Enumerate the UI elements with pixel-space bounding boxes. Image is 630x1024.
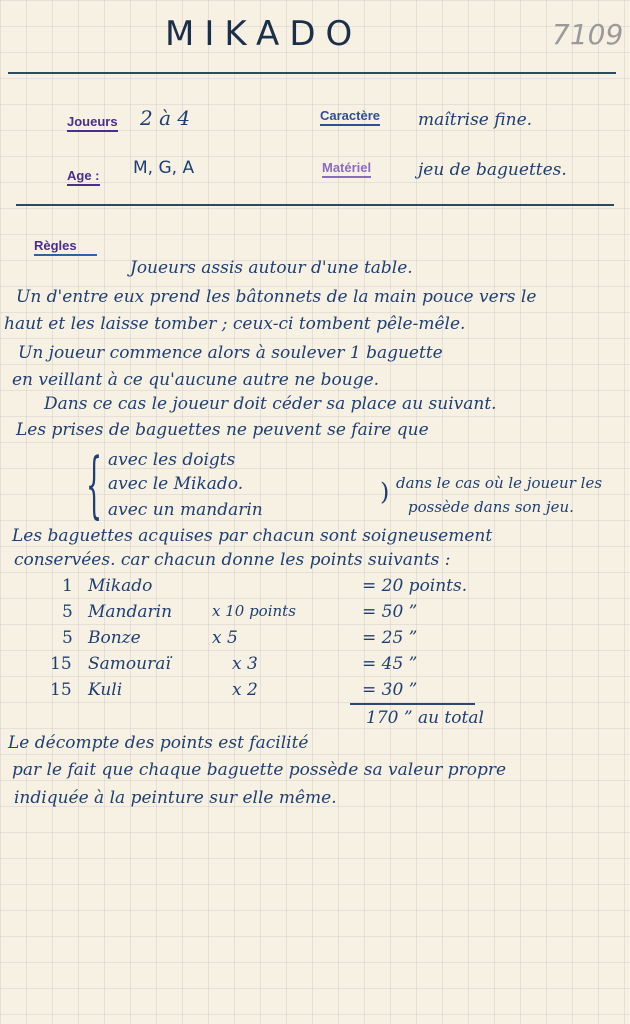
stick-name: Mandarin bbox=[88, 602, 172, 622]
stick-result: = 50 ” bbox=[362, 602, 417, 622]
stick-name: Bonze bbox=[88, 628, 141, 648]
stick-result: = 25 ” bbox=[362, 628, 417, 648]
stick-count: 1 bbox=[62, 576, 73, 596]
footer-line: Le décompte des points est facilité bbox=[8, 733, 308, 753]
fields-divider bbox=[16, 204, 614, 206]
rules-heading: Règles bbox=[34, 238, 97, 256]
option-note: dans le cas où le joueur les bbox=[396, 474, 602, 492]
rules-line: conservées. car chacun donne les points … bbox=[14, 550, 451, 570]
stick-multiplier: x 10 points bbox=[212, 602, 296, 620]
bracket-symbol: ) bbox=[380, 478, 389, 506]
rules-line: Joueurs assis autour d'une table. bbox=[130, 258, 413, 278]
rules-line: Dans ce cas le joueur doit céder sa plac… bbox=[44, 394, 497, 414]
joueurs-value: 2 à 4 bbox=[140, 106, 190, 130]
option-item: avec les doigts bbox=[108, 450, 235, 470]
stick-result: = 45 ” bbox=[362, 654, 417, 674]
rules-line: en veillant à ce qu'aucune autre ne boug… bbox=[12, 370, 379, 390]
materiel-label: Matériel bbox=[322, 160, 371, 178]
stick-result: = 30 ” bbox=[362, 680, 417, 700]
stick-multiplier: x 2 bbox=[232, 680, 258, 700]
index-card: MIKADO 7109 Joueurs 2 à 4 Age : M, G, A … bbox=[0, 0, 630, 1024]
scoring-total: 170 ” au total bbox=[366, 708, 484, 728]
rules-line: Un joueur commence alors à soulever 1 ba… bbox=[18, 343, 443, 363]
stick-result: = 20 points. bbox=[362, 576, 467, 596]
stick-count: 15 bbox=[50, 680, 72, 700]
sum-divider bbox=[350, 703, 475, 705]
footer-line: indiquée à la peinture sur elle même. bbox=[14, 788, 337, 808]
rules-line: Un d'entre eux prend les bâtonnets de la… bbox=[16, 287, 536, 307]
caractere-label: Caractère bbox=[320, 108, 380, 126]
stick-count: 5 bbox=[62, 602, 73, 622]
caractere-value: maîtrise fine. bbox=[418, 110, 532, 130]
stick-count: 15 bbox=[50, 654, 72, 674]
materiel-value: jeu de baguettes. bbox=[418, 160, 567, 180]
stick-multiplier: x 3 bbox=[232, 654, 258, 674]
stick-name: Mikado bbox=[88, 576, 152, 596]
stick-count: 5 bbox=[62, 628, 73, 648]
stick-name: Samouraï bbox=[88, 654, 171, 674]
option-item: avec le Mikado. bbox=[108, 474, 243, 494]
stick-multiplier: x 5 bbox=[212, 628, 238, 648]
reference-number: 7109 bbox=[552, 18, 623, 51]
stick-name: Kuli bbox=[88, 680, 122, 700]
age-label: Age : bbox=[67, 168, 100, 186]
rules-line: Les prises de baguettes ne peuvent se fa… bbox=[16, 420, 429, 440]
age-value: M, G, A bbox=[133, 158, 194, 178]
brace-symbol: { bbox=[86, 448, 102, 520]
footer-line: par le fait que chaque baguette possède … bbox=[12, 760, 506, 780]
header-divider bbox=[8, 72, 616, 74]
rules-line: haut et les laisse tomber ; ceux-ci tomb… bbox=[4, 314, 465, 334]
option-note: possède dans son jeu. bbox=[408, 498, 574, 516]
rules-line: Les baguettes acquises par chacun sont s… bbox=[12, 526, 492, 546]
page-title: MIKADO bbox=[165, 14, 362, 54]
option-item: avec un mandarin bbox=[108, 500, 263, 520]
joueurs-label: Joueurs bbox=[67, 114, 118, 132]
